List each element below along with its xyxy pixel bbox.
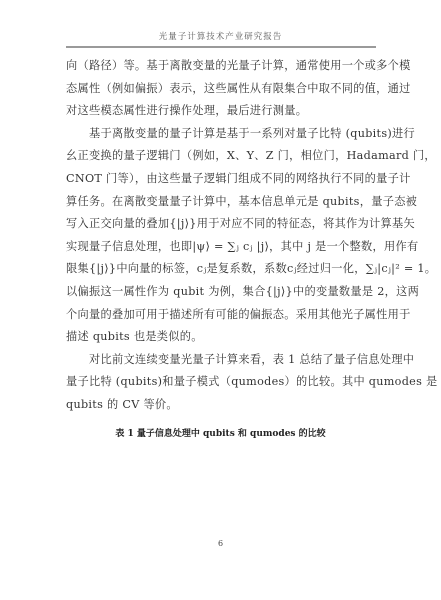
text-line: CNOT 门等），由这些量子逻辑门组成不同的网络执行不同的量子计 xyxy=(66,168,378,191)
text-line: 算任务。在离散变量量子计算中，基本信息单元是 qubits，量子态被 xyxy=(66,191,378,214)
document-body: 向（路径）等。基于离散变量的光量子计算，通常使用一个或多个模 态属性（例如偏振）… xyxy=(66,55,378,417)
text-line: 描述 qubits 也是类似的。 xyxy=(66,326,378,349)
text-line: 对比前文连续变量光量子计算来看，表 1 总结了量子信息处理中 xyxy=(66,349,378,372)
text-line: 以偏振这一属性作为 qubit 为例，集合{|j⟩}中的变量数量是 2，这两 xyxy=(66,281,378,304)
paragraph-3: 对比前文连续变量光量子计算来看，表 1 总结了量子信息处理中 量子比特 (qub… xyxy=(66,349,378,417)
text-line: qubits 的 CV 等价。 xyxy=(66,394,378,417)
paragraph-2: 基于离散变量的量子计算是基于一系列对量子比特 (qubits)进行 幺正变换的量… xyxy=(66,123,378,349)
text-line: 写入正交向量的叠加{|j⟩}用于对应不同的特征态，将其作为计算基矢 xyxy=(66,213,378,236)
paragraph-1: 向（路径）等。基于离散变量的光量子计算，通常使用一个或多个模 态属性（例如偏振）… xyxy=(66,55,378,123)
running-header: 光量子计算技术产业研究报告 xyxy=(0,30,441,42)
text-line: 幺正变换的量子逻辑门（例如，X、Y、Z 门，相位门，Hadamard 门， xyxy=(66,145,378,168)
text-line: 基于离散变量的量子计算是基于一系列对量子比特 (qubits)进行 xyxy=(66,123,378,146)
page-number: 6 xyxy=(0,539,441,548)
text-line: 对这些模态属性进行操作处理，最后进行测量。 xyxy=(66,100,378,123)
text-line: 态属性（例如偏振）表示，这些属性从有限集合中取不同的值，通过 xyxy=(66,78,378,101)
table-caption: 表 1 量子信息处理中 qubits 和 qumodes 的比较 xyxy=(0,426,441,439)
text-line: 限集{|j⟩}中向量的标签，cⱼ是复系数，系数cⱼ经过归一化，∑ⱼ|cⱼ|² =… xyxy=(66,258,378,281)
header-divider xyxy=(66,46,376,48)
text-line: 个向量的叠加可用于描述所有可能的偏振态。采用其他光子属性用于 xyxy=(66,304,378,327)
text-line: 量子比特 (qubits)和量子模式（qumodes）的比较。其中 qumode… xyxy=(66,371,378,394)
text-line: 向（路径）等。基于离散变量的光量子计算，通常使用一个或多个模 xyxy=(66,55,378,78)
text-line: 实现量子信息处理，也即|ψ⟩ = ∑ⱼ cⱼ |j⟩，其中 j 是一个整数，用作… xyxy=(66,236,378,259)
